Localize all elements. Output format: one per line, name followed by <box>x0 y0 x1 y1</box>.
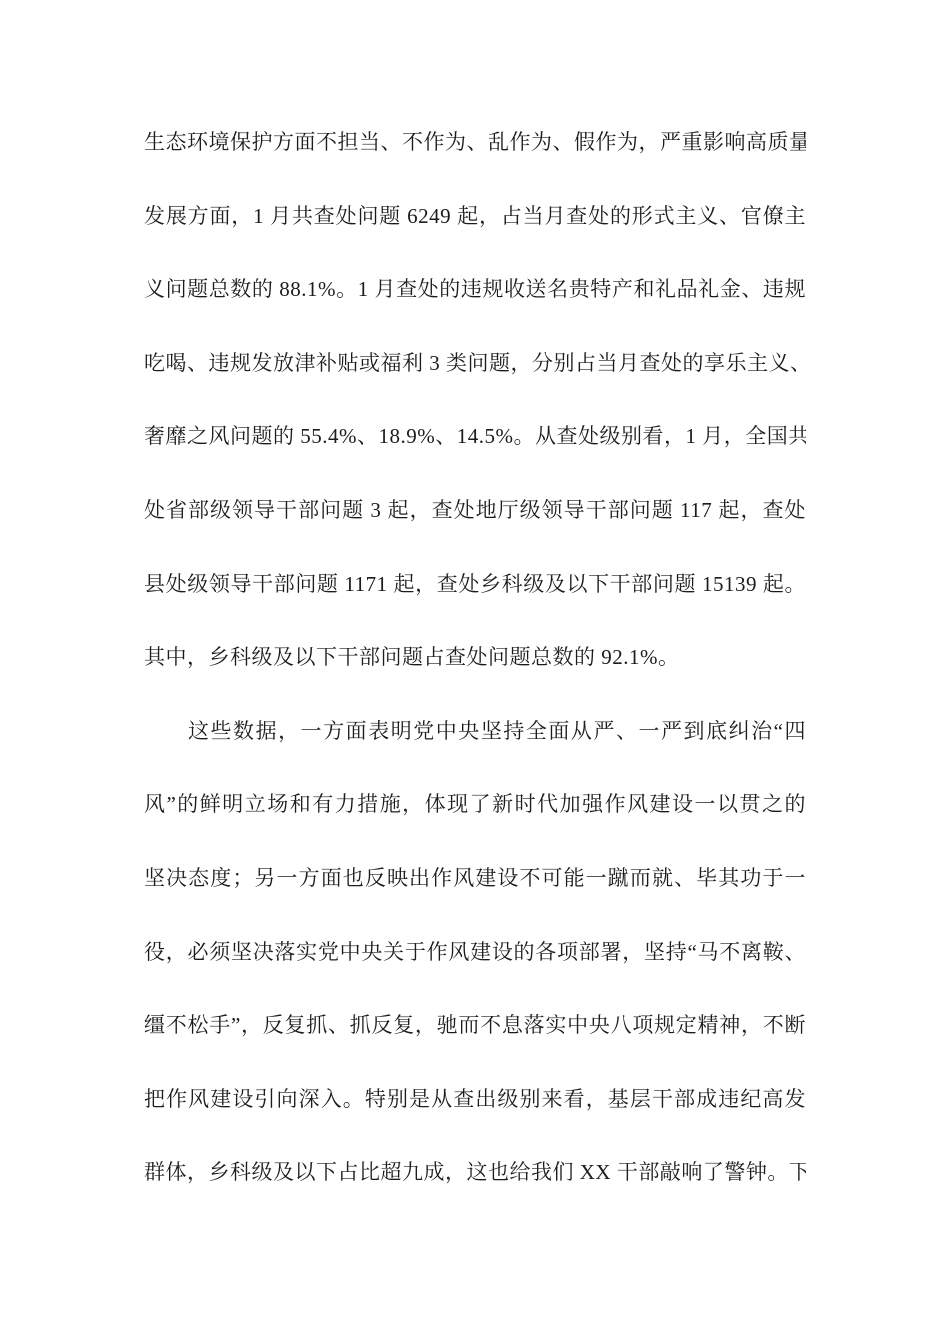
text-line: 缰不松手”，反复抓、抓反复，驰而不息落实中央八项规定精神，不断 <box>144 989 806 1063</box>
text-line-paragraph-start: 这些数据，一方面表明党中央坚持全面从严、一严到底纠治“四 <box>144 695 806 769</box>
text-line-paragraph-end: 其中，乡科级及以下干部问题占查处问题总数的 92.1%。 <box>144 621 806 695</box>
text-line: 处省部级领导干部问题 3 起，查处地厅级领导干部问题 117 起，查处 <box>144 474 806 548</box>
text-line: 役，必须坚决落实党中央关于作风建设的各项部署，坚持“马不离鞍、 <box>144 916 806 990</box>
text-line: 吃喝、违规发放津补贴或福利 3 类问题，分别占当月查处的享乐主义、 <box>144 327 806 401</box>
text-line: 群体，乡科级及以下占比超九成，这也给我们 XX 干部敲响了警钟。下 <box>144 1136 806 1210</box>
text-line: 生态环境保护方面不担当、不作为、乱作为、假作为，严重影响高质量 <box>144 106 806 180</box>
text-line: 发展方面，1 月共查处问题 6249 起，占当月查处的形式主义、官僚主 <box>144 180 806 254</box>
text-line: 坚决态度；另一方面也反映出作风建设不可能一蹴而就、毕其功于一 <box>144 842 806 916</box>
text-line: 奢靡之风问题的 55.4%、18.9%、14.5%。从查处级别看，1 月，全国共… <box>144 400 806 474</box>
document-text-block: 生态环境保护方面不担当、不作为、乱作为、假作为，严重影响高质量 发展方面，1 月… <box>144 106 806 1210</box>
text-line: 风”的鲜明立场和有力措施，体现了新时代加强作风建设一以贯之的 <box>144 768 806 842</box>
text-line: 把作风建设引向深入。特别是从查出级别来看，基层干部成违纪高发 <box>144 1063 806 1137</box>
text-line: 义问题总数的 88.1%。1 月查处的违规收送名贵特产和礼品礼金、违规 <box>144 253 806 327</box>
document-page: 生态环境保护方面不担当、不作为、乱作为、假作为，严重影响高质量 发展方面，1 月… <box>0 0 950 1344</box>
text-line: 县处级领导干部问题 1171 起，查处乡科级及以下干部问题 15139 起。 <box>144 548 806 622</box>
